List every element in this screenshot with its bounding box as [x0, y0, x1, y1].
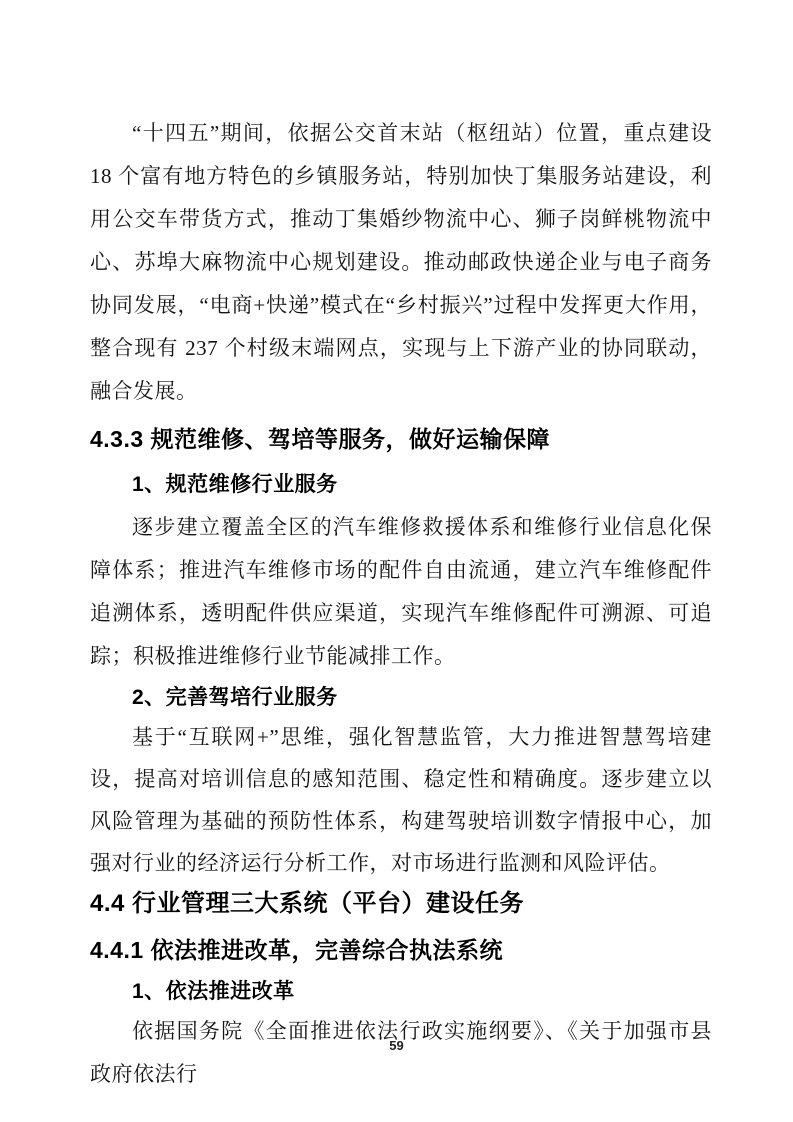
body-paragraph-weixiu-system: 逐步建立覆盖全区的汽车维修救援体系和维修行业信息化保障体系；推进汽车维修市场的配… [90, 506, 712, 678]
body-paragraph-shisiwu-plan: “十四五”期间，依据公交首末站（枢纽站）位置，重点建设 18 个富有地方特色的乡… [90, 112, 712, 413]
page-number: 59 [0, 1038, 793, 1053]
section-heading-4-4-1: 4.4.1 依法推进改革，完善综合执法系统 [90, 932, 712, 968]
document-page: “十四五”期间，依据公交首末站（枢纽站）位置，重点建设 18 个富有地方特色的乡… [0, 0, 793, 1122]
subheading-1-weixiu-service: 1、规范维修行业服务 [90, 469, 712, 501]
subheading-2-jiapei-service: 2、完善驾培行业服务 [90, 682, 712, 714]
subheading-1-yifa-reform: 1、依法推进改革 [90, 976, 712, 1008]
section-heading-4-4: 4.4 行业管理三大系统（平台）建设任务 [90, 886, 712, 922]
body-paragraph-guowuyuan-outline: 依据国务院《全面推进依法行政实施纲要》、《关于加强市县政府依法行 [90, 1010, 712, 1096]
body-paragraph-jiapei-internet: 基于“互联网+”思维，强化智慧监管，大力推进智慧驾培建设，提高对培训信息的感知范… [90, 716, 712, 884]
document-content: “十四五”期间，依据公交首末站（枢纽站）位置，重点建设 18 个富有地方特色的乡… [0, 0, 793, 1096]
section-heading-4-3-3: 4.3.3 规范维修、驾培等服务，做好运输保障 [90, 421, 712, 457]
